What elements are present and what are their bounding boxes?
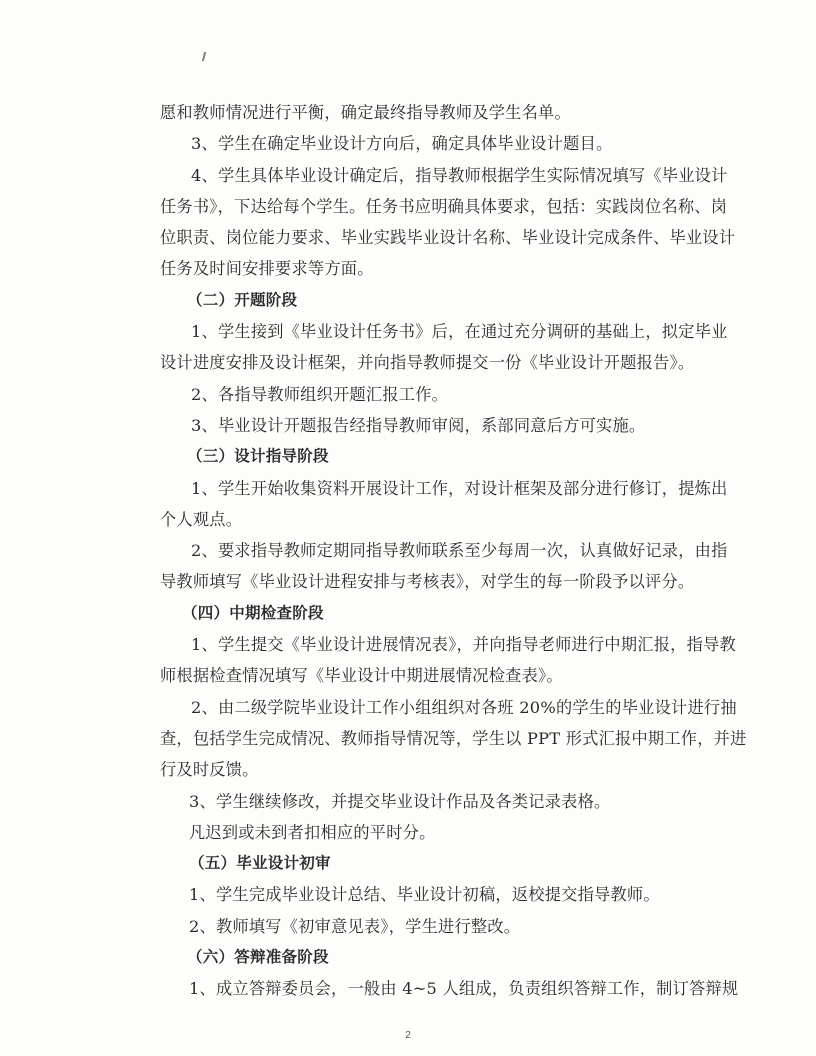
paragraph-line: 1、学生完成毕业设计总结、毕业设计初稿，返校提交指导教师。 xyxy=(160,879,665,910)
paragraph-line: 设计进度安排及设计框架，并向指导教师提交一份《毕业设计开题报告》。 xyxy=(160,347,665,378)
paragraph-line: 4、学生具体毕业设计确定后，指导教师根据学生实际情况填写《毕业设计 xyxy=(160,160,665,191)
paragraph-line: 3、学生继续修改，并提交毕业设计作品及各类记录表格。 xyxy=(160,786,665,817)
section-heading-5: （五）毕业设计初审 xyxy=(160,848,665,879)
paragraph-line: 凡迟到或未到者扣相应的平时分。 xyxy=(160,817,665,848)
paragraph-line: 2、教师填写《初审意见表》，学生进行整改。 xyxy=(160,911,665,942)
stray-pen-mark xyxy=(202,52,206,61)
paragraph-line: 1、学生开始收集资料开展设计工作，对设计框架及部分进行修订，提炼出 xyxy=(160,473,665,504)
section-heading-3: （三）设计指导阶段 xyxy=(160,441,665,472)
document-body: 愿和教师情况进行平衡，确定最终指导教师及学生名单。 3、学生在确定毕业设计方向后… xyxy=(160,97,665,1005)
paragraph-line: 2、要求指导教师定期同指导教师联系至少每周一次，认真做好记录，由指 xyxy=(160,535,665,566)
paragraph-line: 1、学生提交《毕业设计进展情况表》，并向指导老师进行中期汇报，指导教 xyxy=(160,629,665,660)
paragraph-line: 愿和教师情况进行平衡，确定最终指导教师及学生名单。 xyxy=(160,97,665,128)
paragraph-line: 任务及时间安排要求等方面。 xyxy=(160,253,665,284)
paragraph-line: 任务书》，下达给每个学生。任务书应明确具体要求，包括：实践岗位名称、岗 xyxy=(160,191,665,222)
paragraph-line: 1、学生接到《毕业设计任务书》后，在通过充分调研的基础上，拟定毕业 xyxy=(160,316,665,347)
section-heading-4: （四）中期检查阶段 xyxy=(160,598,665,629)
section-heading-2: （二）开题阶段 xyxy=(160,285,665,316)
paragraph-line: 导教师填写《毕业设计进程安排与考核表》，对学生的每一阶段予以评分。 xyxy=(160,566,665,597)
paragraph-line: 个人观点。 xyxy=(160,504,665,535)
paragraph-line: 3、学生在确定毕业设计方向后，确定具体毕业设计题目。 xyxy=(160,128,665,159)
paragraph-line: 位职责、岗位能力要求、毕业实践毕业设计名称、毕业设计完成条件、毕业设计 xyxy=(160,222,665,253)
paragraph-line: 2、由二级学院毕业设计工作小组组织对各班 20%的学生的毕业设计进行抽 xyxy=(160,692,665,723)
paragraph-line: 2、各指导教师组织开题汇报工作。 xyxy=(160,379,665,410)
paragraph-line: 行及时反馈。 xyxy=(160,754,665,785)
paragraph-line: 3、毕业设计开题报告经指导教师审阅，系部同意后方可实施。 xyxy=(160,410,665,441)
page-number: 2 xyxy=(0,1030,816,1041)
paragraph-line: 师根据检查情况填写《毕业设计中期进展情况检查表》。 xyxy=(160,660,665,691)
paragraph-line: 1、成立答辩委员会，一般由 4~5 人组成，负责组织答辩工作，制订答辩规 xyxy=(160,973,665,1004)
section-heading-6: （六）答辩准备阶段 xyxy=(160,942,665,973)
paragraph-line: 查，包括学生完成情况、教师指导情况等，学生以 PPT 形式汇报中期工作，并进 xyxy=(160,723,665,754)
